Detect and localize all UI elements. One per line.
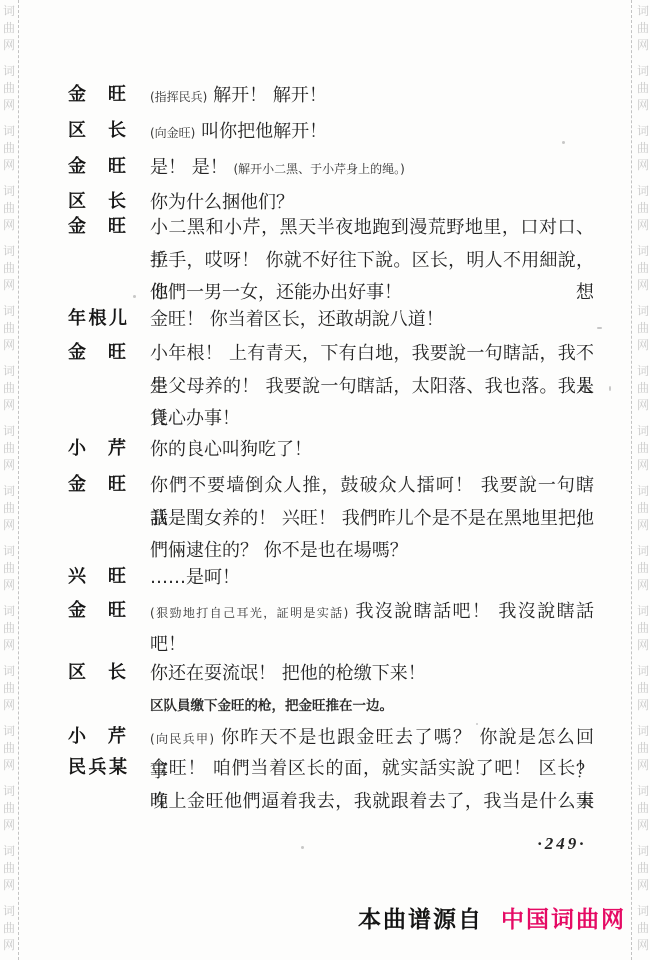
- dialogue-row: 年根儿金旺！ 你当着区长，还敢胡說八道！: [0, 304, 650, 337]
- watermark-text: 词: [2, 244, 16, 258]
- watermark-text: 网: [2, 758, 16, 772]
- speaker-name: 金旺: [68, 596, 126, 622]
- watermark-column-right: 词曲网词曲网词曲网词曲网词曲网词曲网词曲网词曲网词曲网词曲网词曲网词曲网词曲网词…: [631, 0, 650, 960]
- speaker-name-char: 儿: [109, 304, 126, 330]
- watermark-text: 网: [636, 818, 650, 832]
- dialogue-row: 民兵某金旺！ 咱們当着区长的面，就实話实說了吧！ 区长！ 昨天晚上金旺他們逼着我…: [0, 753, 650, 818]
- speaker-name-char: 金: [68, 338, 86, 364]
- speaker-name-char: 金: [68, 470, 86, 496]
- watermark-text: 网: [636, 938, 650, 952]
- watermark-text: 曲: [636, 81, 650, 95]
- watermark-text: 网: [2, 98, 16, 112]
- watermark-text: 曲: [636, 381, 650, 395]
- page-number: ·249·: [522, 834, 602, 854]
- speaker-name-char: 兴: [68, 562, 86, 588]
- watermark-text: 词: [2, 664, 16, 678]
- speaker-name-char: 金: [68, 212, 86, 238]
- watermark-text: 词: [636, 484, 650, 498]
- stage-note-inline: (解开小二黑、于小芹身上的绳。): [233, 162, 404, 176]
- speaker-name-char: 旺: [108, 152, 126, 178]
- stage-note-inline: (向金旺): [150, 126, 195, 140]
- dialogue-text: 吧！: [150, 634, 186, 655]
- speaker-name: 金旺: [68, 212, 126, 238]
- watermark-text: 网: [2, 338, 16, 352]
- watermark-text: 网: [636, 218, 650, 232]
- watermark-text: 网: [636, 638, 650, 652]
- dialogue-lines: 小二黑和小芹，黑天半夜地跑到漫荒野地里，口对口、手拉手，哎呀！ 你就不好往下說。…: [150, 212, 594, 310]
- speaker-name: 金旺: [68, 152, 126, 178]
- speaker-name: 区长: [68, 187, 126, 213]
- speaker-name: 金旺: [68, 470, 126, 496]
- scan-speckle: [562, 141, 565, 144]
- dialogue-line: 良心办事！: [150, 403, 594, 436]
- watermark-text: 词: [636, 544, 650, 558]
- watermark-text: 词: [2, 364, 16, 378]
- dialogue-text: 叫你把他解开！: [195, 121, 327, 142]
- watermark-text: 词: [636, 4, 650, 18]
- watermark-text: 网: [2, 938, 16, 952]
- dialogue-lines: 你还在耍流氓！ 把他的枪缴下来！: [150, 658, 594, 691]
- dialogue-line: 生父母养的！ 我要說一句瞎話，太阳落、我也落。我是凭: [150, 371, 594, 404]
- dialogue-text: 我沒說瞎話吧！ 我沒說瞎話: [348, 601, 594, 622]
- dialogue-text: 良心办事！: [150, 408, 240, 429]
- stage-direction: 区队員缴下金旺的枪，把金旺推在一边。: [150, 690, 594, 723]
- watermark-text: 词: [636, 664, 650, 678]
- watermark-text: 曲: [2, 801, 16, 815]
- watermark-text: 曲: [2, 561, 16, 575]
- watermark-text: 曲: [636, 921, 650, 935]
- scan-speckle: [609, 386, 611, 391]
- dialogue-lines: 你的良心叫狗吃了！: [150, 434, 594, 467]
- watermark-text: 曲: [636, 321, 650, 335]
- watermark-text: 词: [2, 844, 16, 858]
- speaker-name-char: 金: [68, 80, 86, 106]
- dialogue-text: 金旺！ 你当着区长，还敢胡說八道！: [150, 309, 444, 330]
- watermark-text: 网: [636, 398, 650, 412]
- watermark-text: 曲: [2, 861, 16, 875]
- dialogue-lines: ……是呵！: [150, 562, 594, 595]
- watermark-text: 词: [2, 124, 16, 138]
- speaker-name-char: 兵: [89, 753, 106, 779]
- speaker-name-char: 区: [68, 187, 86, 213]
- dialogue-row: 区长(向金旺) 叫你把他解开！: [0, 116, 650, 149]
- speaker-name: 金旺: [68, 80, 126, 106]
- watermark-text: 曲: [2, 201, 16, 215]
- watermark-text: 网: [2, 278, 16, 292]
- scan-speckle: [133, 295, 136, 298]
- dialogue-lines: 是！ 是！ (解开小二黑、于小芹身上的绳。): [150, 152, 594, 185]
- dialogue-text: 是！ 是！: [150, 157, 233, 178]
- watermark-text: 曲: [636, 861, 650, 875]
- stage-note-inline: (指挥民兵): [150, 90, 207, 104]
- watermark-text: 曲: [636, 201, 650, 215]
- scan-speckle: [476, 723, 478, 725]
- dialogue-line: 是！ 是！ (解开小二黑、于小芹身上的绳。): [150, 152, 594, 185]
- speaker-name: 小芹: [68, 434, 126, 460]
- watermark-text: 网: [636, 338, 650, 352]
- watermark-text: 网: [2, 398, 16, 412]
- dialogue-text: 你还在耍流氓！ 把他的枪缴下来！: [150, 663, 426, 684]
- speaker-name-char: 长: [108, 658, 126, 684]
- watermark-column-left: 词曲网词曲网词曲网词曲网词曲网词曲网词曲网词曲网词曲网词曲网词曲网词曲网词曲网词…: [0, 0, 19, 960]
- watermark-text: 曲: [636, 801, 650, 815]
- dialogue-text: 你的良心叫狗吃了！: [150, 439, 312, 460]
- watermark-text: 词: [636, 364, 650, 378]
- speaker-name-char: 年: [68, 304, 85, 330]
- watermark-text: 网: [2, 518, 16, 532]
- dialogue-line: (向民兵甲) 你昨天不是也跟金旺去了嗎？ 你說是怎么回事？: [150, 722, 594, 755]
- watermark-text: 网: [2, 218, 16, 232]
- dialogue-line: 吧！: [150, 629, 594, 662]
- watermark-text: 曲: [636, 741, 650, 755]
- watermark-text: 网: [2, 38, 16, 52]
- stage-note-inline: (狠勁地打自己耳光，証明是实話): [150, 606, 348, 620]
- watermark-text: 网: [636, 878, 650, 892]
- watermark-text: 网: [2, 698, 16, 712]
- stage-note-inline: (向民兵甲): [150, 732, 214, 746]
- dialogue-line: 晚上金旺他們逼着我去，我就跟着去了，我当是什么事: [150, 786, 594, 819]
- watermark-text: 曲: [636, 501, 650, 515]
- dialogue-row: 小芹(向民兵甲) 你昨天不是也跟金旺去了嗎？ 你說是怎么回事？: [0, 722, 650, 755]
- watermark-text: 网: [636, 518, 650, 532]
- watermark-text: 词: [2, 184, 16, 198]
- watermark-text: 网: [636, 758, 650, 772]
- watermark-text: 网: [636, 38, 650, 52]
- dialogue-row: 兴旺……是呵！: [0, 562, 650, 595]
- watermark-text: 词: [2, 64, 16, 78]
- dialogue-line: 我是閨女养的！ 兴旺！ 我們昨儿个是不是在黑地里把他: [150, 503, 594, 536]
- watermark-text: 词: [2, 544, 16, 558]
- watermark-text: 曲: [2, 261, 16, 275]
- speaker-name-char: 旺: [108, 80, 126, 106]
- dialogue-line: 小年根！ 上有青天，下有白地，我要說一句瞎話，我不是人: [150, 338, 594, 371]
- dialogue-row: 金旺你們不要墙倒众人推，鼓破众人擂呵！ 我要說一句瞎話，我是閨女养的！ 兴旺！ …: [0, 470, 650, 568]
- speaker-name-char: 根: [89, 304, 106, 330]
- watermark-text: 词: [636, 424, 650, 438]
- dialogue-row: 金旺(狠勁地打自己耳光，証明是实話) 我沒說瞎話吧！ 我沒說瞎話吧！: [0, 596, 650, 661]
- dialogue-text: ……是呵！: [150, 567, 240, 588]
- watermark-text: 词: [636, 844, 650, 858]
- speaker-name: 年根儿: [68, 304, 126, 330]
- watermark-text: 词: [636, 784, 650, 798]
- dialogue-row: 小芹你的良心叫狗吃了！: [0, 434, 650, 467]
- watermark-text: 网: [2, 158, 16, 172]
- speaker-name-char: 小: [68, 722, 86, 748]
- speaker-name-char: 芹: [108, 722, 126, 748]
- dialogue-row: 金旺(指挥民兵) 解开！ 解开！: [0, 80, 650, 113]
- watermark-text: 曲: [636, 441, 650, 455]
- dialogue-row: 金旺是！ 是！ (解开小二黑、于小芹身上的绳。): [0, 152, 650, 185]
- speaker-name-char: 旺: [108, 338, 126, 364]
- watermark-text: 网: [2, 878, 16, 892]
- dialogue-lines: (向民兵甲) 你昨天不是也跟金旺去了嗎？ 你說是怎么回事？: [150, 722, 594, 755]
- watermark-text: 网: [636, 158, 650, 172]
- dialogue-lines: 你們不要墙倒众人推，鼓破众人擂呵！ 我要說一句瞎話，我是閨女养的！ 兴旺！ 我們…: [150, 470, 594, 568]
- watermark-text: 词: [636, 304, 650, 318]
- speaker-name: 民兵某: [68, 753, 126, 779]
- dialogue-line: 你的良心叫狗吃了！: [150, 434, 594, 467]
- watermark-text: 词: [2, 784, 16, 798]
- dialogue-line: 金旺！ 你当着区长，还敢胡說八道！: [150, 304, 594, 337]
- dialogue-line: 小二黑和小芹，黑天半夜地跑到漫荒野地里，口对口、手: [150, 212, 594, 245]
- speaker-name-char: 芹: [108, 434, 126, 460]
- watermark-text: 曲: [636, 21, 650, 35]
- speaker-name-char: 旺: [108, 596, 126, 622]
- watermark-text: 词: [2, 724, 16, 738]
- scanned-script-page: 词曲网词曲网词曲网词曲网词曲网词曲网词曲网词曲网词曲网词曲网词曲网词曲网词曲网词…: [0, 0, 650, 960]
- watermark-text: 词: [2, 484, 16, 498]
- watermark-text: 词: [2, 604, 16, 618]
- watermark-text: 词: [636, 904, 650, 918]
- speaker-name: 区长: [68, 116, 126, 142]
- speaker-name: 小芹: [68, 722, 126, 748]
- footer-source-label: 本曲谱源自: [358, 907, 483, 933]
- speaker-name-char: 旺: [108, 212, 126, 238]
- dialogue-line: (向金旺) 叫你把他解开！: [150, 116, 594, 149]
- watermark-text: 曲: [636, 621, 650, 635]
- speaker-name: 金旺: [68, 338, 126, 364]
- dialogue-lines: (向金旺) 叫你把他解开！: [150, 116, 594, 149]
- watermark-text: 词: [636, 724, 650, 738]
- footer-source-line: 本曲谱源自中国词曲网: [358, 901, 626, 934]
- speaker-name-char: 金: [68, 596, 86, 622]
- dialogue-lines: 区队員缴下金旺的枪，把金旺推在一边。: [150, 690, 594, 723]
- dialogue-line: 金旺！ 咱們当着区长的面，就实話实說了吧！ 区长！ 昨天: [150, 753, 594, 786]
- dialogue-row: 金旺小年根！ 上有青天，下有白地，我要說一句瞎話，我不是人生父母养的！ 我要說一…: [0, 338, 650, 436]
- speaker-name-char: 区: [68, 658, 86, 684]
- watermark-text: 曲: [2, 741, 16, 755]
- watermark-text: 词: [636, 244, 650, 258]
- dialogue-lines: 小年根！ 上有青天，下有白地，我要說一句瞎話，我不是人生父母养的！ 我要說一句瞎…: [150, 338, 594, 436]
- dialogue-row: 区长你还在耍流氓！ 把他的枪缴下来！: [0, 658, 650, 691]
- watermark-text: 词: [636, 64, 650, 78]
- watermark-text: 网: [636, 458, 650, 472]
- watermark-text: 曲: [636, 261, 650, 275]
- dialogue-lines: 金旺！ 你当着区长，还敢胡說八道！: [150, 304, 594, 337]
- watermark-text: 网: [636, 278, 650, 292]
- watermark-text: 曲: [2, 921, 16, 935]
- speaker-name-char: 旺: [108, 470, 126, 496]
- dialogue-line: (指挥民兵) 解开！ 解开！: [150, 80, 594, 113]
- watermark-text: 曲: [636, 141, 650, 155]
- watermark-text: 曲: [2, 21, 16, 35]
- watermark-text: 词: [636, 124, 650, 138]
- watermark-text: 曲: [2, 381, 16, 395]
- watermark-text: 网: [2, 818, 16, 832]
- dialogue-lines: (狠勁地打自己耳光，証明是实話) 我沒說瞎話吧！ 我沒說瞎話吧！: [150, 596, 594, 661]
- scan-speckle: [301, 846, 304, 849]
- watermark-text: 网: [636, 698, 650, 712]
- dialogue-line: 你还在耍流氓！ 把他的枪缴下来！: [150, 658, 594, 691]
- dialogue-lines: 金旺！ 咱們当着区长的面，就实話实說了吧！ 区长！ 昨天晚上金旺他們逼着我去，我…: [150, 753, 594, 818]
- dialogue-line: (狠勁地打自己耳光，証明是实話) 我沒說瞎話吧！ 我沒說瞎話: [150, 596, 594, 629]
- watermark-text: 曲: [2, 501, 16, 515]
- speaker-name-char: 民: [68, 753, 85, 779]
- watermark-text: 曲: [636, 561, 650, 575]
- watermark-text: 曲: [636, 681, 650, 695]
- stage-direction-row: 区队員缴下金旺的枪，把金旺推在一边。: [0, 690, 650, 723]
- watermark-text: 词: [636, 604, 650, 618]
- dialogue-row: 金旺小二黑和小芹，黑天半夜地跑到漫荒野地里，口对口、手拉手，哎呀！ 你就不好往下…: [0, 212, 650, 310]
- speaker-name: 区长: [68, 658, 126, 684]
- speaker-name-char: 金: [68, 152, 86, 178]
- dialogue-text: 我是閨女养的！ 兴旺！ 我們昨儿个是不是在黑地里把他: [150, 508, 594, 529]
- watermark-text: 网: [2, 638, 16, 652]
- dialogue-line: 你們不要墙倒众人推，鼓破众人擂呵！ 我要說一句瞎話，: [150, 470, 594, 503]
- dialogue-text: 你为什么捆他们？: [150, 192, 294, 213]
- speaker-name-char: 小: [68, 434, 86, 460]
- speaker-name-char: 某: [109, 753, 126, 779]
- footer-brand-link[interactable]: 中国词曲网: [501, 907, 626, 933]
- watermark-text: 曲: [2, 621, 16, 635]
- dialogue-lines: (指挥民兵) 解开！ 解开！: [150, 80, 594, 113]
- watermark-text: 曲: [2, 321, 16, 335]
- watermark-text: 词: [2, 4, 16, 18]
- dialogue-line: 拉手，哎呀！ 你就不好往下說。区长，明人不用細說，你想: [150, 245, 594, 278]
- watermark-text: 网: [636, 98, 650, 112]
- watermark-text: 网: [636, 578, 650, 592]
- scan-speckle: [597, 327, 602, 329]
- speaker-name-char: 旺: [108, 562, 126, 588]
- speaker-name: 兴旺: [68, 562, 126, 588]
- watermark-text: 词: [636, 184, 650, 198]
- speaker-name-char: 长: [108, 187, 126, 213]
- watermark-text: 词: [2, 424, 16, 438]
- dialogue-line: ……是呵！: [150, 562, 594, 595]
- dialogue-text: 晚上金旺他們逼着我去，我就跟着去了，我当是什么事: [150, 791, 594, 812]
- watermark-text: 曲: [2, 441, 16, 455]
- watermark-text: 词: [2, 304, 16, 318]
- watermark-text: 曲: [2, 681, 16, 695]
- watermark-text: 曲: [2, 141, 16, 155]
- watermark-text: 词: [2, 904, 16, 918]
- speaker-name-char: 区: [68, 116, 86, 142]
- dialogue-text: 們倆逮住的？ 你不是也在場嗎？: [150, 540, 408, 561]
- watermark-text: 曲: [2, 81, 16, 95]
- dialogue-text: 解开！ 解开！: [207, 85, 326, 106]
- watermark-text: 网: [2, 578, 16, 592]
- dialogue-text: 区队員缴下金旺的枪，把金旺推在一边。: [150, 698, 393, 714]
- watermark-text: 网: [2, 458, 16, 472]
- dialogue-text: 他們一男一女，还能办出好事！: [150, 282, 402, 303]
- speaker-name-char: 长: [108, 116, 126, 142]
